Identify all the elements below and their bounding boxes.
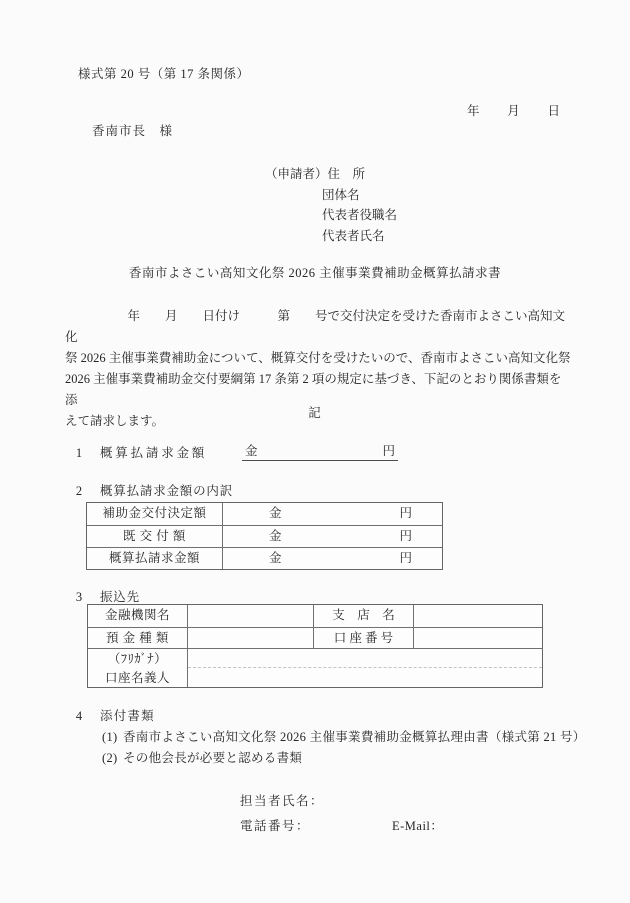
breakdown-table: 補助金交付決定額 金 円 既 交 付 額 金 円 概算払請求金額 金 円 xyxy=(86,502,443,570)
section3-number: 3 xyxy=(72,589,86,606)
section2-label: 概算払請求金額の内訳 xyxy=(100,483,233,500)
table-row: （ﾌﾘｶﾞﾅ） 口座名義人 xyxy=(88,648,542,687)
amount-yen-prefix: 金 xyxy=(245,443,258,460)
row-label-requested-amount: 概算払請求金額 xyxy=(87,548,223,569)
bank-transfer-table: 金融機関名 支 店 名 預 金 種 類 口 座 番 号 （ﾌﾘｶﾞﾅ） 口座名義… xyxy=(87,604,543,688)
branch-name-label: 支 店 名 xyxy=(314,605,414,627)
addressee: 香南市長 様 xyxy=(92,123,173,140)
applicant-address-line: （申請者）住 所 xyxy=(265,164,397,185)
account-number-cell xyxy=(414,628,542,648)
date-year-label: 年 xyxy=(467,103,480,120)
staff-name-label: 担当者氏名： xyxy=(240,793,324,810)
document-page: 様式第 20 号（第 17 条関係） 年 月 日 香南市長 様 （申請者）住 所… xyxy=(0,0,630,903)
date-line: 年 月 日 xyxy=(467,103,560,120)
holder-label: 口座名義人 xyxy=(88,669,187,688)
yen-prefix: 金 xyxy=(269,503,282,525)
phone-number-label: 電話番号： xyxy=(240,818,310,835)
deposit-type-label: 預 金 種 類 xyxy=(88,628,188,648)
date-day-label: 日 xyxy=(547,103,560,120)
table-row: 概算払請求金額 金 円 xyxy=(87,547,442,569)
applicant-org-label: 団体名 xyxy=(322,185,397,206)
amount-yen-suffix: 円 xyxy=(382,443,395,460)
bank-name-label: 金融機関名 xyxy=(88,605,188,627)
furigana-cell xyxy=(188,649,542,668)
yen-prefix: 金 xyxy=(269,548,282,569)
furigana-label: （ﾌﾘｶﾞﾅ） xyxy=(88,650,187,669)
attachment-item-2-text: その他会長が必要と認める書類 xyxy=(123,750,302,767)
yen-suffix: 円 xyxy=(399,548,412,569)
account-number-label: 口 座 番 号 xyxy=(314,628,414,648)
requested-amount-field: 金 円 xyxy=(242,443,398,461)
attachment-item-1-number: (1) xyxy=(102,729,123,746)
applicant-prefix: （申請者） xyxy=(265,167,328,181)
email-label: E-Mail： xyxy=(392,818,443,835)
document-title: 香南市よさこい高知文化祭 2026 主催事業費補助金概算払請求書 xyxy=(0,265,630,282)
yen-suffix: 円 xyxy=(399,526,412,547)
yen-prefix: 金 xyxy=(269,526,282,547)
requested-amount-cell: 金 円 xyxy=(223,548,442,569)
section4-number: 4 xyxy=(72,708,86,725)
table-row: 金融機関名 支 店 名 xyxy=(88,605,542,627)
account-holder-label-cell: （ﾌﾘｶﾞﾅ） 口座名義人 xyxy=(88,649,188,687)
row-label-already-paid: 既 交 付 額 xyxy=(87,526,223,547)
applicant-block: （申請者）住 所 団体名 代表者役職名 代表者氏名 xyxy=(265,164,397,246)
applicant-address-label: 住 所 xyxy=(328,167,366,181)
bank-name-cell xyxy=(188,605,314,627)
ki-heading: 記 xyxy=(0,405,630,422)
form-number: 様式第 20 号（第 17 条関係） xyxy=(78,66,250,83)
yen-suffix: 円 xyxy=(399,503,412,525)
attachment-item-2: (2) その他会長が必要と認める書類 xyxy=(102,750,302,767)
attachment-item-2-number: (2) xyxy=(102,750,123,767)
account-holder-cell xyxy=(188,649,542,687)
holder-name-cell xyxy=(188,668,542,687)
attachment-item-1: (1) 香南市よさこい高知文化祭 2026 主催事業費補助金概算払理由書（様式第… xyxy=(102,729,586,746)
grant-decided-amount-cell: 金 円 xyxy=(223,503,442,525)
body-line-1: 年 月 日付け 第 号で交付決定を受けた香南市よさこい高知文化 xyxy=(65,306,573,348)
section1-label: 概算払請求金額 xyxy=(100,445,207,462)
date-month-label: 月 xyxy=(507,103,520,120)
table-row: 預 金 種 類 口 座 番 号 xyxy=(88,627,542,648)
attachment-item-1-text: 香南市よさこい高知文化祭 2026 主催事業費補助金概算払理由書（様式第 21 … xyxy=(123,729,586,746)
section4-label: 添付書類 xyxy=(100,708,155,725)
applicant-rep-title-label: 代表者役職名 xyxy=(322,205,397,226)
table-row: 既 交 付 額 金 円 xyxy=(87,525,442,547)
section1-number: 1 xyxy=(72,445,86,462)
branch-name-cell xyxy=(414,605,542,627)
applicant-rep-name-label: 代表者氏名 xyxy=(322,226,397,247)
section2-number: 2 xyxy=(72,483,86,500)
body-line-2: 祭 2026 主催事業費補助金について、概算交付を受けたいので、香南市よさこい高… xyxy=(65,348,573,369)
already-paid-amount-cell: 金 円 xyxy=(223,526,442,547)
row-label-grant-decided: 補助金交付決定額 xyxy=(87,503,223,525)
deposit-type-cell xyxy=(188,628,314,648)
table-row: 補助金交付決定額 金 円 xyxy=(87,503,442,525)
